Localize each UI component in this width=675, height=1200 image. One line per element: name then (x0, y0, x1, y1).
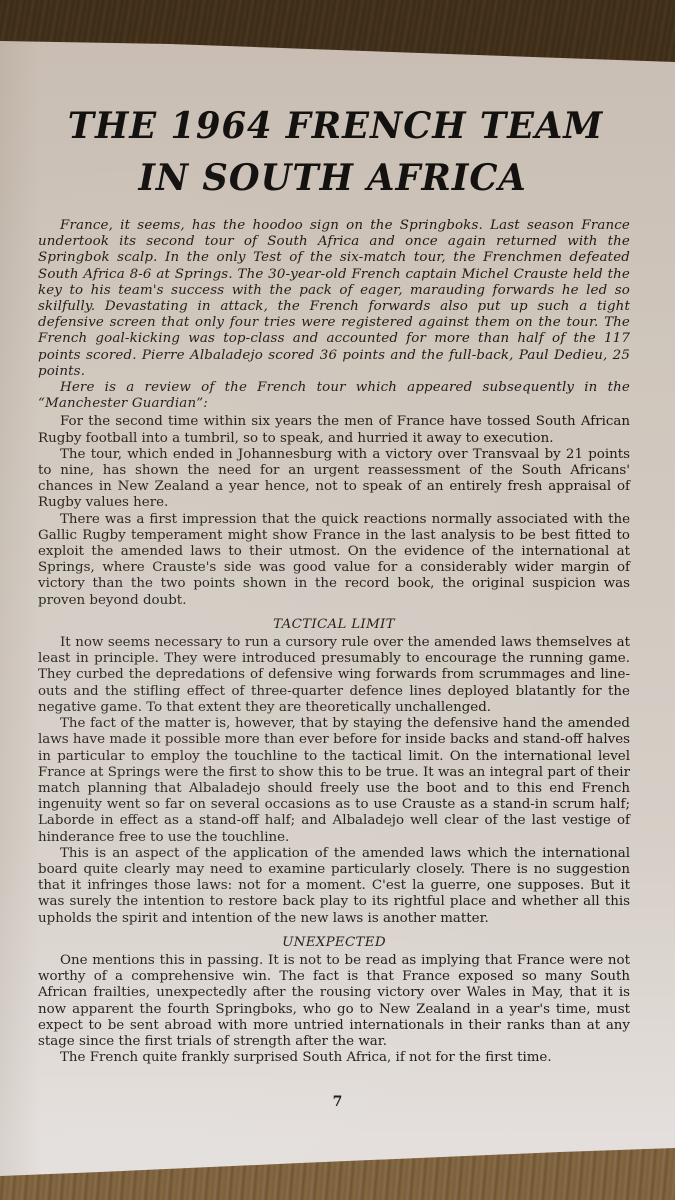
title-line-2: IN SOUTH AFRICA (0, 152, 668, 204)
intro-section: France, it seems, has the hoodoo sign on… (38, 218, 630, 412)
title-line-1: THE 1964 FRENCH TEAM (3, 100, 668, 152)
intro-paragraph: Here is a review of the French tour whic… (38, 380, 630, 412)
article-title: THE 1964 FRENCH TEAM IN SOUTH AFRICA (7, 100, 669, 204)
body-paragraph: The tour, which ended in Johannesburg wi… (38, 447, 630, 512)
body-paragraph: One mentions this in passing. It is not … (38, 953, 630, 1050)
body-paragraph: For the second time within six years the… (38, 414, 630, 446)
subheading-unexpected: UNEXPECTED (38, 935, 630, 951)
page-number: 7 (0, 1094, 675, 1110)
guardian-review: For the second time within six years the… (38, 414, 630, 1066)
intro-paragraph: France, it seems, has the hoodoo sign on… (38, 218, 630, 380)
article-body: France, it seems, has the hoodoo sign on… (38, 218, 630, 1066)
body-paragraph: There was a first impression that the qu… (38, 512, 630, 609)
body-paragraph: This is an aspect of the application of … (38, 846, 630, 927)
body-paragraph: It now seems necessary to run a cursory … (38, 635, 630, 716)
subheading-tactical-limit: TACTICAL LIMIT (38, 617, 630, 633)
body-paragraph: The fact of the matter is, however, that… (38, 716, 630, 846)
printed-page: THE 1964 FRENCH TEAM IN SOUTH AFRICA Fra… (0, 0, 675, 1200)
body-paragraph: The French quite frankly surprised South… (38, 1050, 630, 1066)
